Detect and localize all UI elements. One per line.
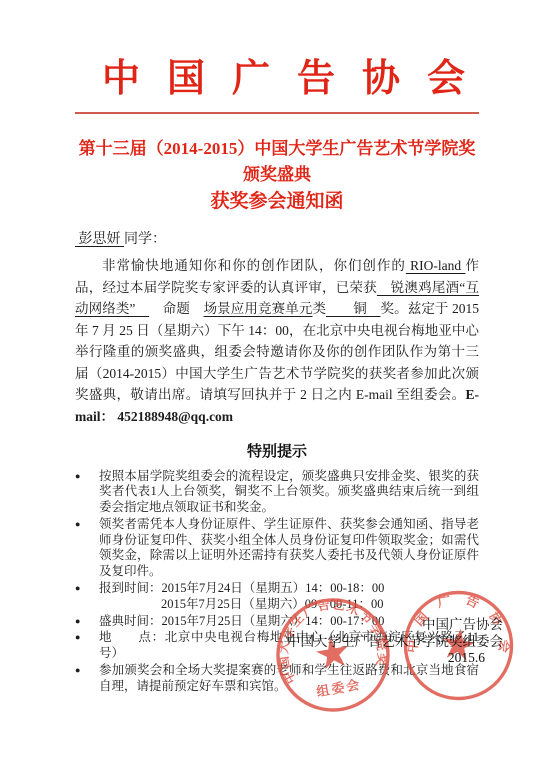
award-unit-underlined: 场景应用竞赛单元: [204, 301, 313, 316]
medal-underlined: 铜: [326, 301, 380, 316]
salutation-suffix: 同学：: [124, 232, 166, 247]
body-seg5: 奖。兹定于 2015 年 7 月 25 日（星期六）下午 14：00，在北京中央…: [75, 301, 479, 402]
recipient-name: 彭思妍: [75, 232, 124, 247]
letter-body-paragraph: 非常愉快地通知你和你的创作团队，你们创作的 RIO-land 作品，经过本届学院…: [75, 255, 479, 427]
special-notice-title: 特别提示: [75, 441, 479, 463]
signature-date: 2015.6: [287, 650, 503, 667]
bullet-icon: ●: [75, 663, 99, 695]
signature-block: 中国广告协会 中国大学生广告艺术节学院奖组委会 2015.6: [287, 617, 503, 667]
seal-bottom-text: 组委会: [315, 677, 362, 700]
body-seg4: 类: [312, 301, 326, 316]
notice-item-text: 领奖者需凭本人身份证原件、学生证原件、获奖参会通知函、指导老师身份证复印件、获奖…: [99, 517, 479, 580]
bullet-icon: ●: [75, 614, 99, 630]
signature-org2: 中国大学生广告艺术节学院奖组委会: [287, 634, 503, 651]
notice-item-1: ● 按照本届学院奖组委会的流程设定，颁奖盛典只安排金奖、银奖的获奖者代表1人上台…: [75, 469, 479, 516]
work-title-underlined: RIO-land: [406, 258, 466, 273]
header-divider: [75, 112, 479, 114]
body-seg1: 非常愉快地通知你和你的创作团队，你们创作的: [102, 258, 406, 273]
bullet-icon: ●: [75, 469, 99, 516]
document-title-line2: 颁奖盛典: [75, 162, 479, 188]
document-title-line1: 第十三届（2014-2015）中国大学生广告艺术节学院奖: [75, 136, 479, 162]
salutation-line: 彭思妍 同学：: [75, 230, 479, 250]
body-seg3: 命题: [149, 301, 203, 316]
org-header-title: 中国广告协会: [75, 58, 479, 100]
document-title-block: 第十三届（2014-2015）中国大学生广告艺术节学院奖 颁奖盛典 获奖参会通知…: [75, 136, 479, 216]
notice-item-2: ● 领奖者需凭本人身份证原件、学生证原件、获奖参会通知函、指导老师身份证复印件、…: [75, 517, 479, 580]
bullet-icon: ●: [75, 581, 99, 613]
bullet-icon: ●: [75, 630, 99, 662]
signature-org1: 中国广告协会: [287, 617, 503, 634]
notification-letter-page: 中国广告协会 第十三届（2014-2015）中国大学生广告艺术节学院奖 颁奖盛典…: [0, 0, 543, 768]
notice-item-text: 按照本届学院奖组委会的流程设定，颁奖盛典只安排金奖、银奖的获奖者代表1人上台领奖…: [99, 469, 479, 516]
bullet-icon: ●: [75, 517, 99, 580]
document-title-line3: 获奖参会通知函: [75, 188, 479, 216]
